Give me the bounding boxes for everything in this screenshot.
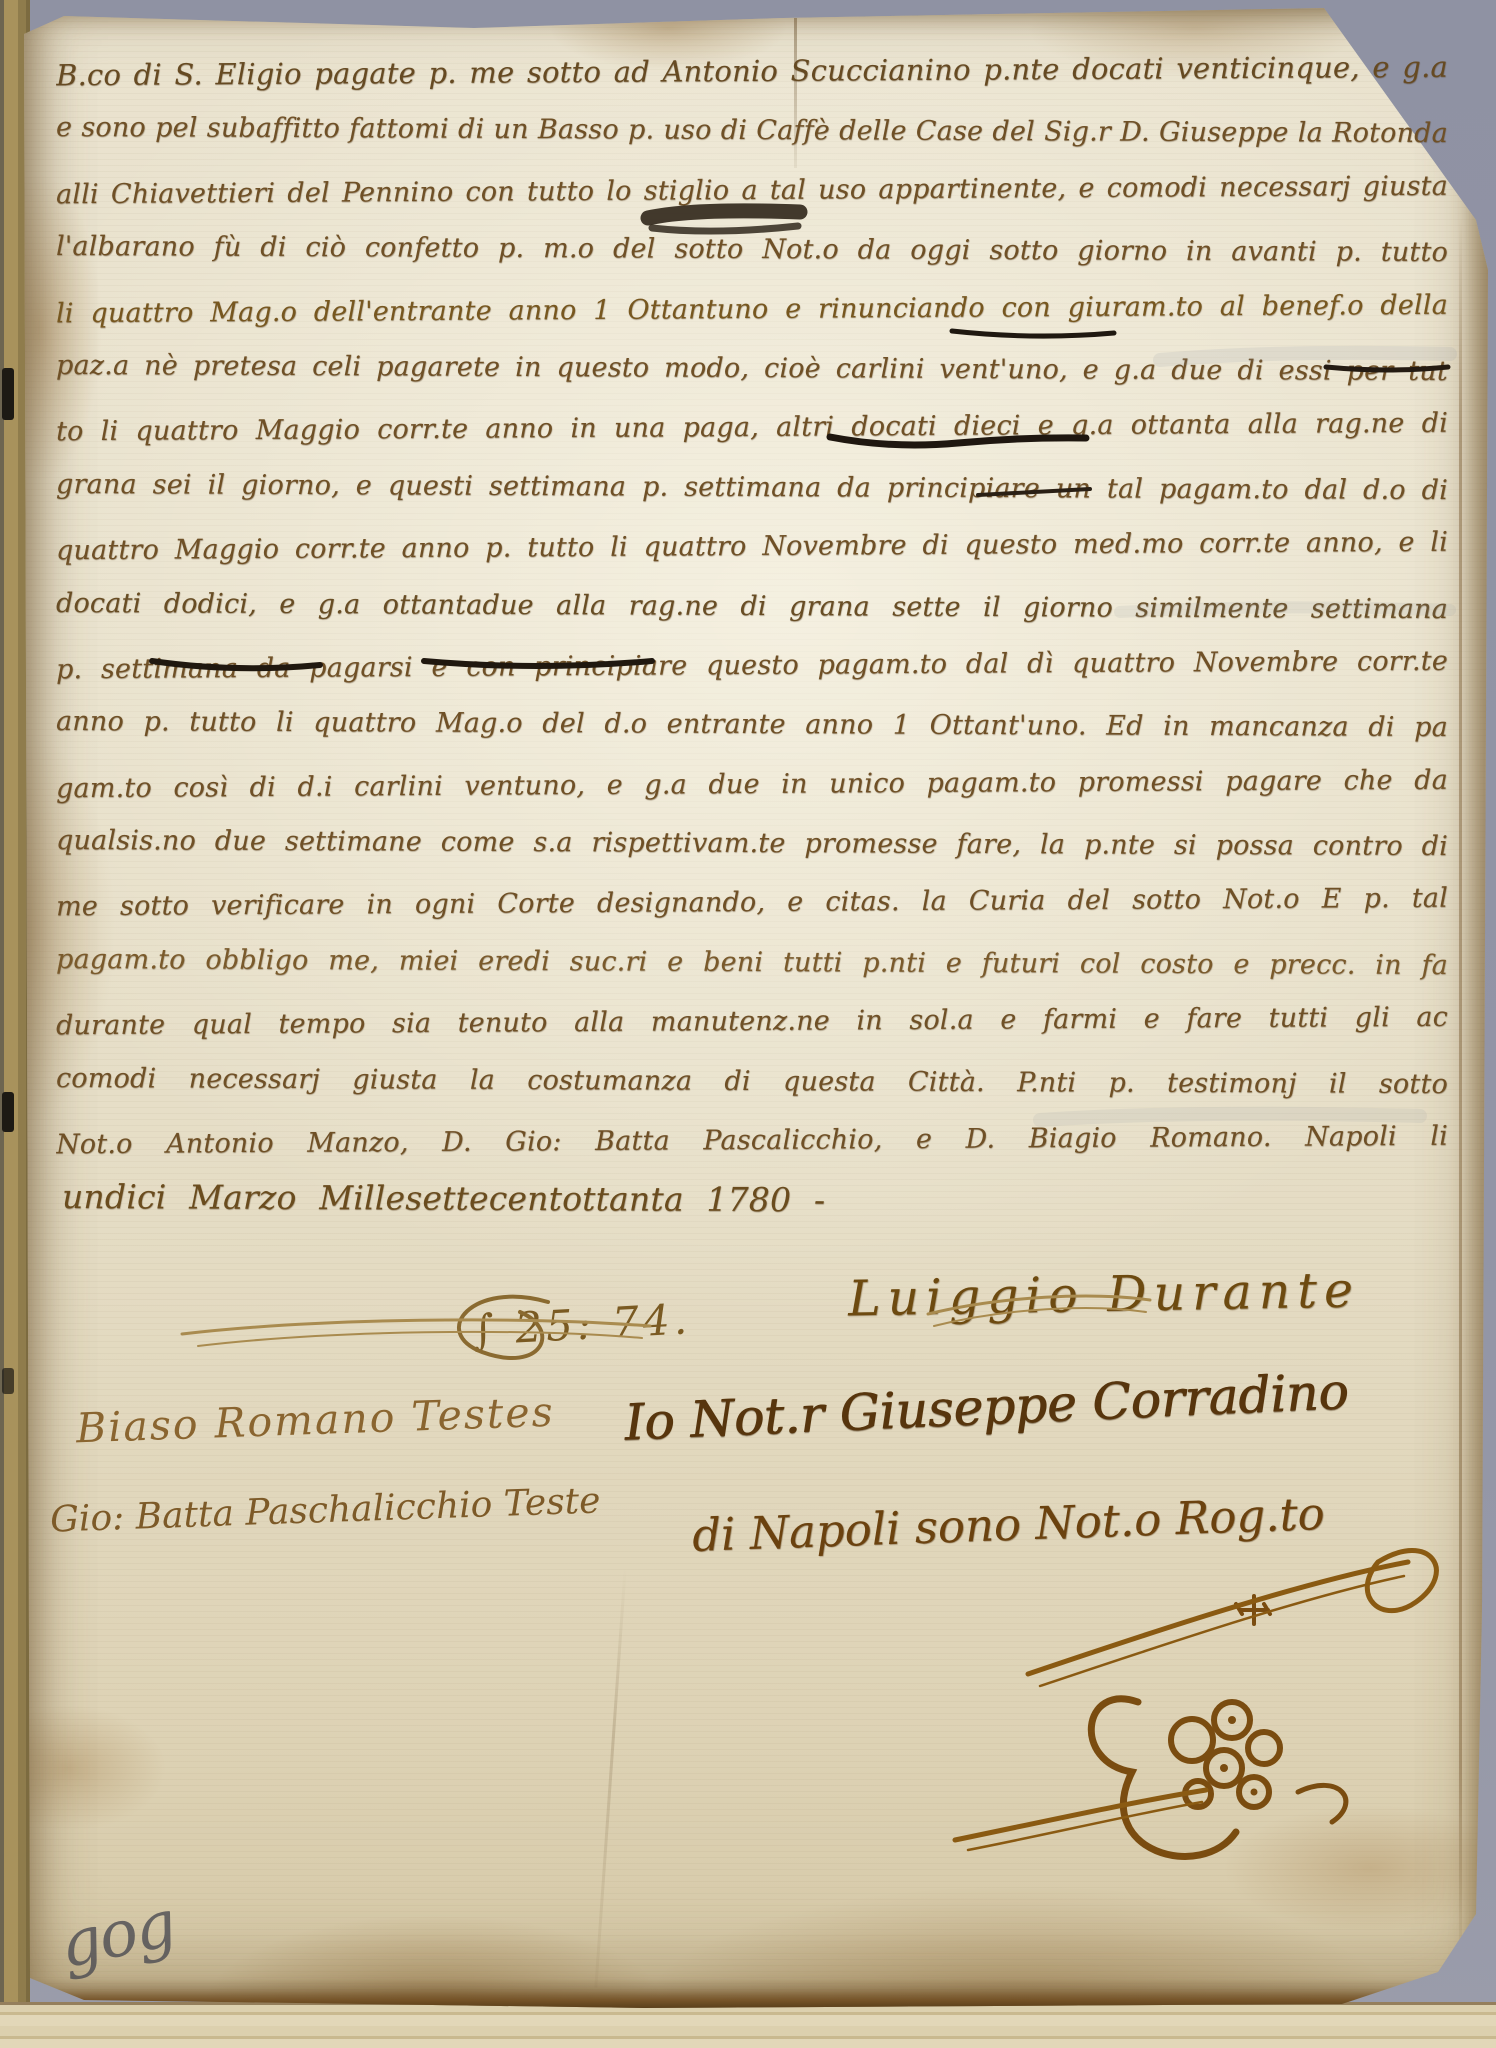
manuscript-line: B.co di S. Eligio pagate p. me sotto ad …	[56, 38, 1448, 106]
manuscript-line: Not.o Antonio Manzo, D. Gio: Batta Pasca…	[56, 1107, 1448, 1175]
manuscript-line: me sotto verificare in ogni Corte design…	[56, 869, 1448, 937]
manuscript-line: quattro Maggio corr.te anno p. tutto li …	[56, 513, 1448, 581]
manuscript-line: undici Marzo Millesettecentottanta 1780 …	[56, 1167, 1448, 1232]
manuscript-line: p. settimana da pagarsi e con principiar…	[56, 632, 1448, 700]
manuscript-line: qualsis.no due settimane come s.a rispet…	[56, 811, 1448, 876]
manuscript-line: alli Chiavettieri del Pennino con tutto …	[56, 157, 1448, 225]
manuscript-line: docati dodici, e g.a ottantadue alla rag…	[56, 573, 1448, 638]
manuscript-text: B.co di S. Eligio pagate p. me sotto ad …	[56, 42, 1448, 1230]
binding-stitch	[2, 1368, 14, 1394]
manuscript-line: gam.to così di d.i carlini ventuno, e g.…	[56, 750, 1448, 818]
page-stack-edge	[0, 2002, 1496, 2048]
manuscript-line: durante qual tempo sia tenuto alla manut…	[56, 988, 1448, 1056]
manuscript-line: comodi necessarj giusta la costumanza di…	[56, 1049, 1448, 1114]
binding-stitch	[2, 1092, 14, 1132]
manuscript-line: l'albarano fù di ciò confetto p. m.o del…	[56, 217, 1448, 282]
fold-crease	[594, 1568, 626, 1987]
signature-party: Luiggio Durante	[848, 1262, 1361, 1328]
binding-stitch	[2, 368, 14, 420]
manuscript-line: e sono pel subaffitto fattomi di un Bass…	[56, 98, 1448, 163]
manuscript-line: pagam.to obbligo me, miei eredi suc.ri e…	[56, 930, 1448, 995]
manuscript-photo: B.co di S. Eligio pagate p. me sotto ad …	[0, 0, 1496, 2048]
manuscript-line: paz.a nè pretesa celi pagarete in questo…	[56, 336, 1448, 401]
manuscript-line: li quattro Mag.o dell'entrante anno 1 Ot…	[56, 275, 1448, 343]
manuscript-line: grana sei il giorno, e questi settimana …	[56, 455, 1448, 520]
manuscript-line: to li quattro Maggio corr.te anno in una…	[56, 394, 1448, 462]
manuscript-line: anno p. tutto li quattro Mag.o del d.o e…	[56, 692, 1448, 757]
